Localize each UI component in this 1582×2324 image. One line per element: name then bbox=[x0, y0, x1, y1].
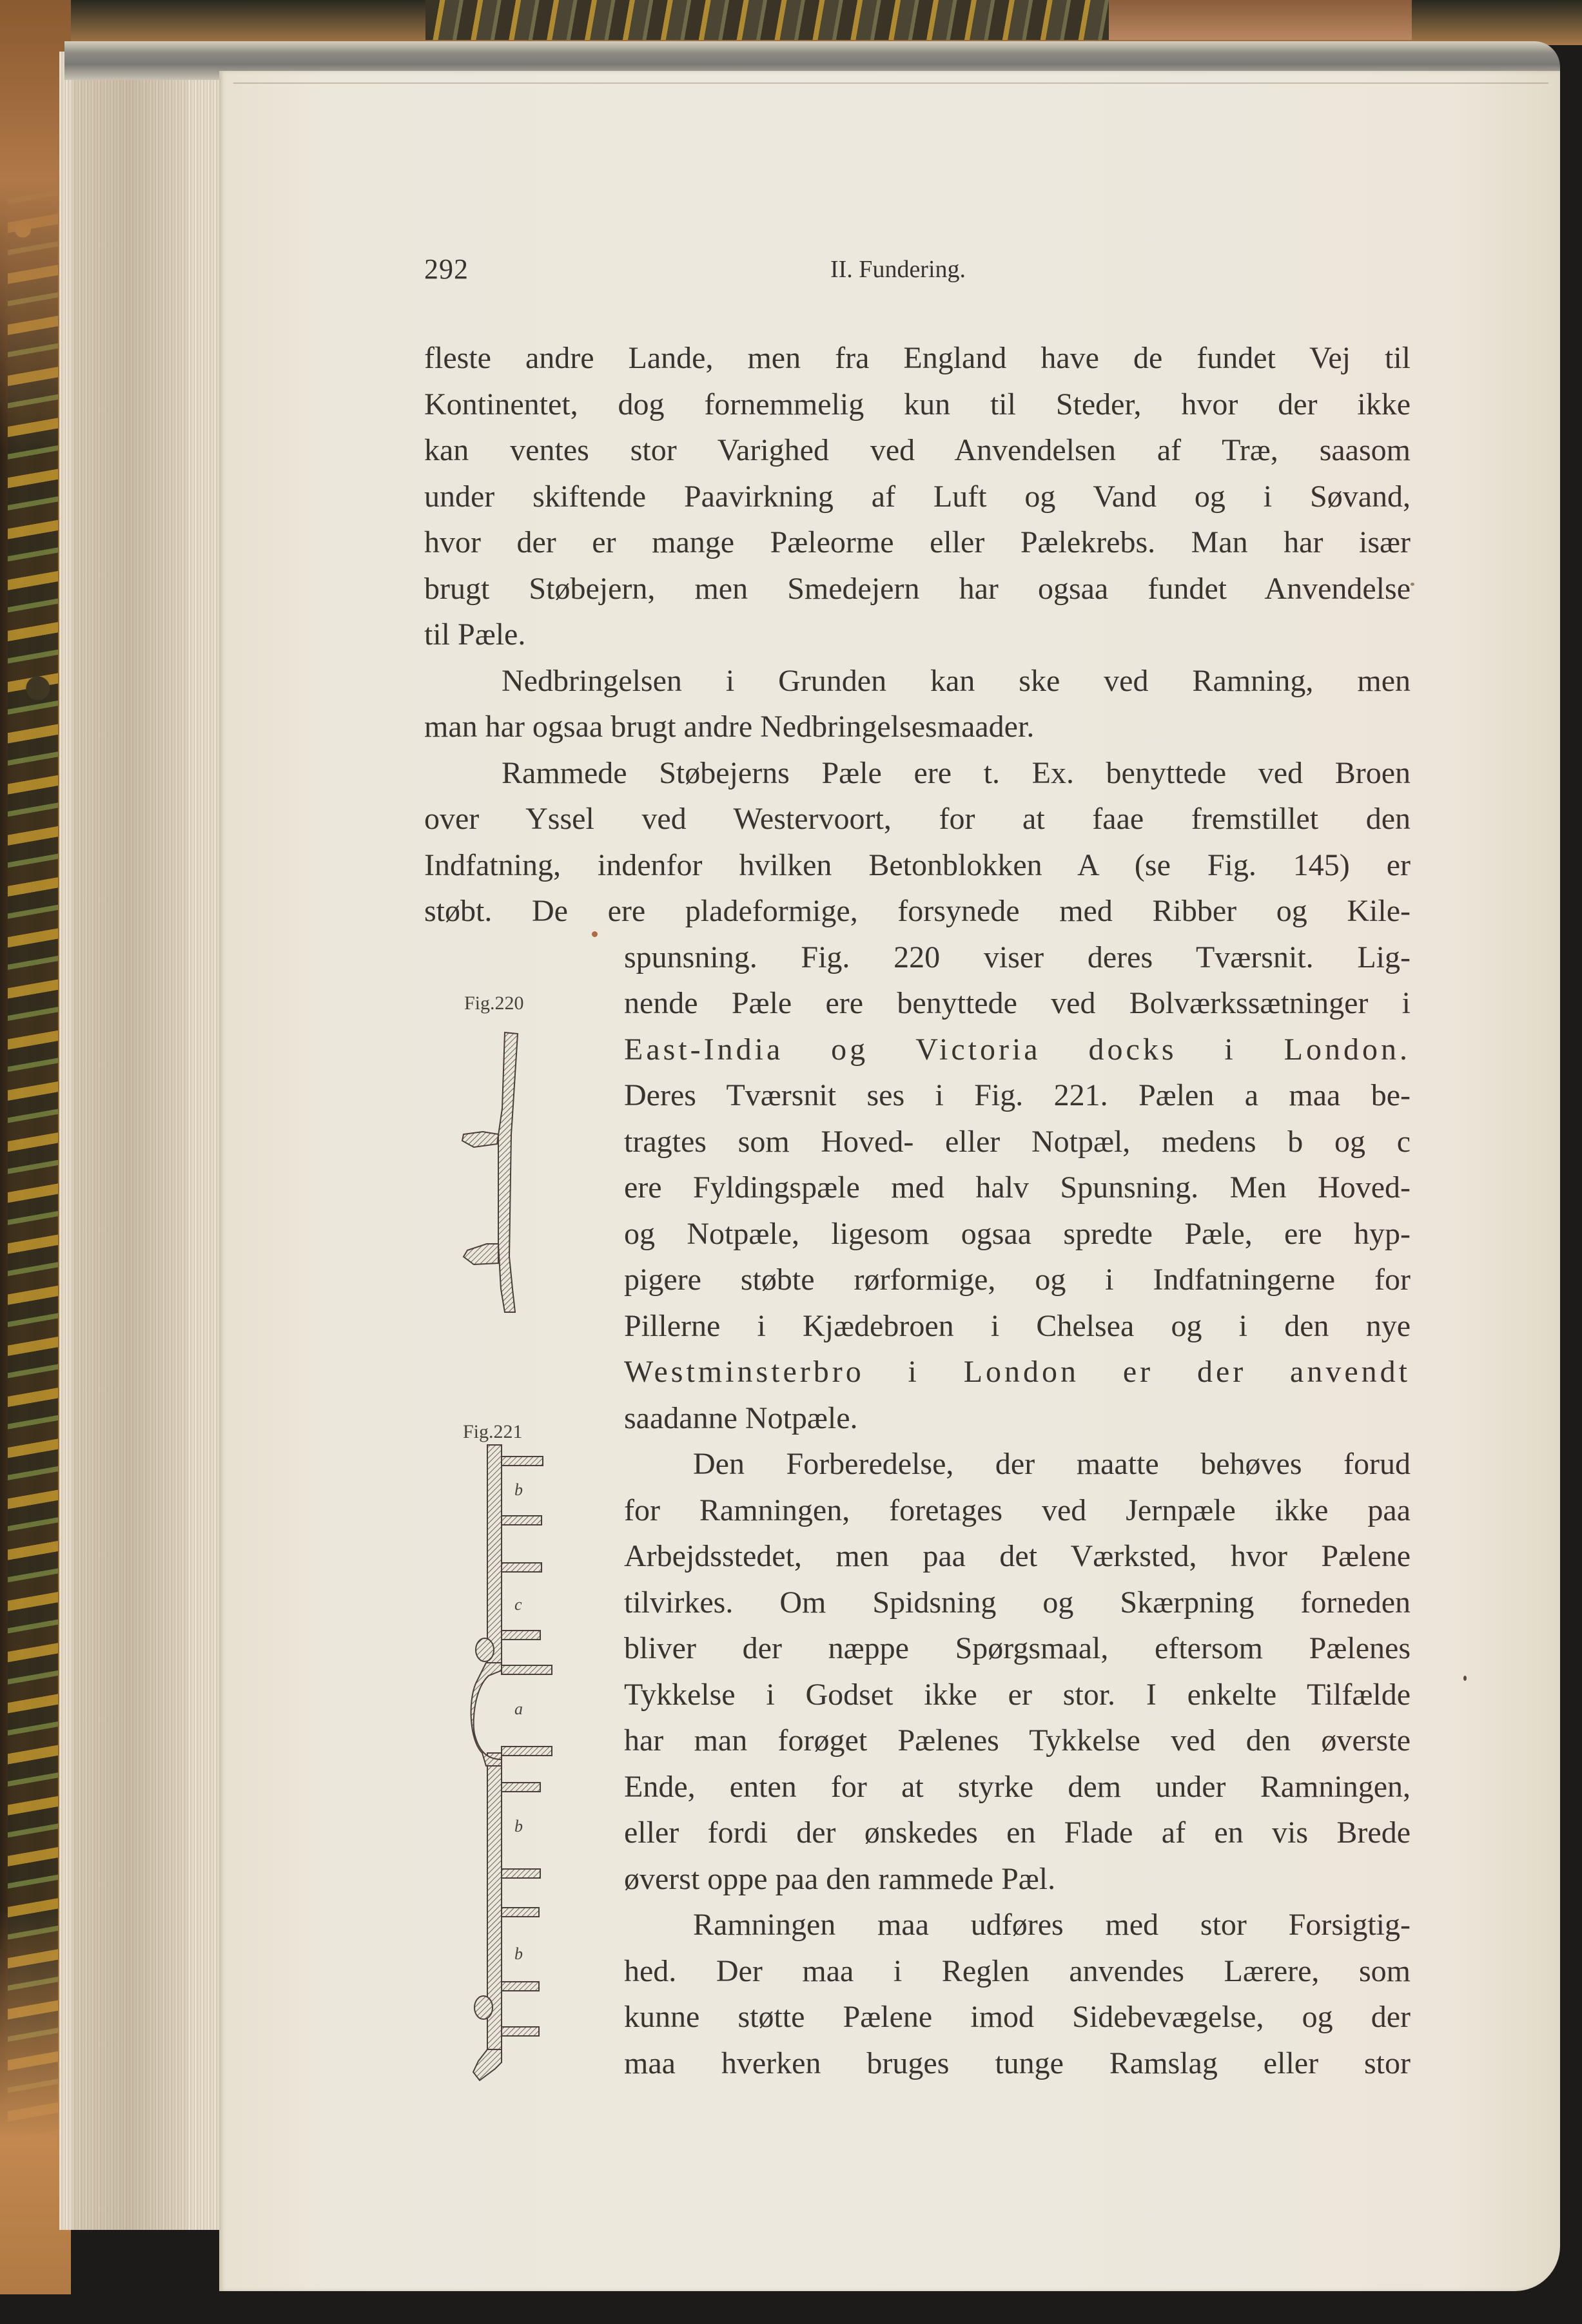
paper-stain bbox=[1411, 583, 1414, 586]
text-line: pigere støbte rørformige, og i Indfatnin… bbox=[624, 1261, 1411, 1299]
text-line: maa hverken bruges tunge Ramslag eller s… bbox=[624, 2044, 1411, 2083]
part-label-b: b bbox=[514, 1944, 523, 1963]
part-label-b: b bbox=[514, 1817, 523, 1835]
text-line: East-India og Victoria docks i London. bbox=[624, 1031, 1411, 1069]
figure-220-label: Fig.220 bbox=[464, 993, 524, 1014]
text-line: har man forøget Pælenes Tykkelse ved den… bbox=[624, 1721, 1411, 1760]
text-line: eller fordi der ønskedes en Flade af en … bbox=[624, 1814, 1411, 1852]
paper-stain bbox=[592, 931, 598, 937]
text-line: for Ramningen, foretages ved Jernpæle ik… bbox=[624, 1491, 1411, 1530]
text-line: nende Pæle ere benyttede ved Bolværkssæt… bbox=[624, 984, 1411, 1023]
text-line: øverst oppe paa den rammede Pæl. bbox=[624, 1860, 1411, 1899]
text-line: Kontinentet, dog fornemmelig kun til Ste… bbox=[424, 385, 1411, 424]
pile-cross-section-plate-icon bbox=[461, 1031, 525, 1315]
text-line: ere Fyldingspæle med halv Spunsning. Men… bbox=[624, 1168, 1411, 1207]
text-line: Rammede Støbejerns Pæle ere t. Ex. benyt… bbox=[502, 754, 1411, 793]
chapter-title: II. Fundering. bbox=[830, 255, 966, 284]
text-line: til Pæle. bbox=[424, 615, 1411, 654]
running-header: 292 II. Fundering. bbox=[424, 253, 1411, 291]
part-label-b: b bbox=[514, 1480, 523, 1499]
text-line: hvor der er mange Pæleorme eller Pælekre… bbox=[424, 523, 1411, 562]
page-number: 292 bbox=[424, 253, 469, 286]
text-line: kunne støtte Pælene imod Sidebevægelse, … bbox=[624, 1998, 1411, 2037]
text-line: Nedbringelsen i Grunden kan ske ved Ramn… bbox=[502, 662, 1411, 701]
text-line: Pillerne i Kjædebroen i Chelsea og i den… bbox=[624, 1307, 1411, 1346]
text-line: Ramningen maa udføres med stor Forsigtig… bbox=[693, 1906, 1411, 1944]
text-line: tragtes som Hoved- eller Notpæl, medens … bbox=[624, 1123, 1411, 1161]
text-line: Tykkelse i Godset ikke er stor. I enkelt… bbox=[624, 1676, 1411, 1714]
text-line: Den Forberedelse, der maatte behøves for… bbox=[693, 1445, 1411, 1484]
text-line: hed. Der maa i Reglen anvendes Lærere, s… bbox=[624, 1952, 1411, 1991]
text-line: Arbejdsstedet, men paa det Værksted, hvo… bbox=[624, 1537, 1411, 1576]
text-line: støbt. De ere pladeformige, forsynede me… bbox=[424, 892, 1411, 931]
text-line: under skiftende Paavirkning af Luft og V… bbox=[424, 478, 1411, 516]
text-line: brugt Støbejern, men Smedejern har ogsaa… bbox=[424, 570, 1411, 608]
text-line: tilvirkes. Om Spidsning og Skærpning for… bbox=[624, 1583, 1411, 1622]
text-line: kan ventes stor Varighed ved Anvendelsen… bbox=[424, 431, 1411, 470]
text-line: saadanne Notpæle. bbox=[624, 1399, 1411, 1438]
paper-speck bbox=[1463, 1676, 1467, 1681]
text-line: man har ogsaa brugt andre Nedbringelsesm… bbox=[424, 708, 1411, 746]
page-content: 292 II. Fundering. fleste andre Lande, m… bbox=[0, 0, 1582, 2324]
text-line: fleste andre Lande, men fra England have… bbox=[424, 339, 1411, 378]
text-line: over Yssel ved Westervoort, for at faae … bbox=[424, 800, 1411, 838]
text-line: Ende, enten for at styrke dem under Ramn… bbox=[624, 1768, 1411, 1806]
text-line: Deres Tværsnit ses i Fig. 221. Pælen a m… bbox=[624, 1076, 1411, 1115]
part-label-a: a bbox=[514, 1699, 523, 1718]
part-label-c: c bbox=[514, 1595, 522, 1614]
text-line: bliver der næppe Spørgsmaal, eftersom Pæ… bbox=[624, 1629, 1411, 1668]
text-line: Indfatning, indenfor hvilken Betonblokke… bbox=[424, 846, 1411, 885]
text-line: spunsning. Fig. 220 viser deres Tværsnit… bbox=[624, 938, 1411, 977]
figure-221-label: Fig.221 bbox=[463, 1421, 523, 1443]
text-line: og Notpæle, ligesom ogsaa spredte Pæle, … bbox=[624, 1215, 1411, 1254]
text-line: Westminsterbro i London er der anvendt bbox=[624, 1353, 1411, 1391]
pile-cross-section-sheet-wall-icon: b c a b b bbox=[469, 1444, 553, 2082]
